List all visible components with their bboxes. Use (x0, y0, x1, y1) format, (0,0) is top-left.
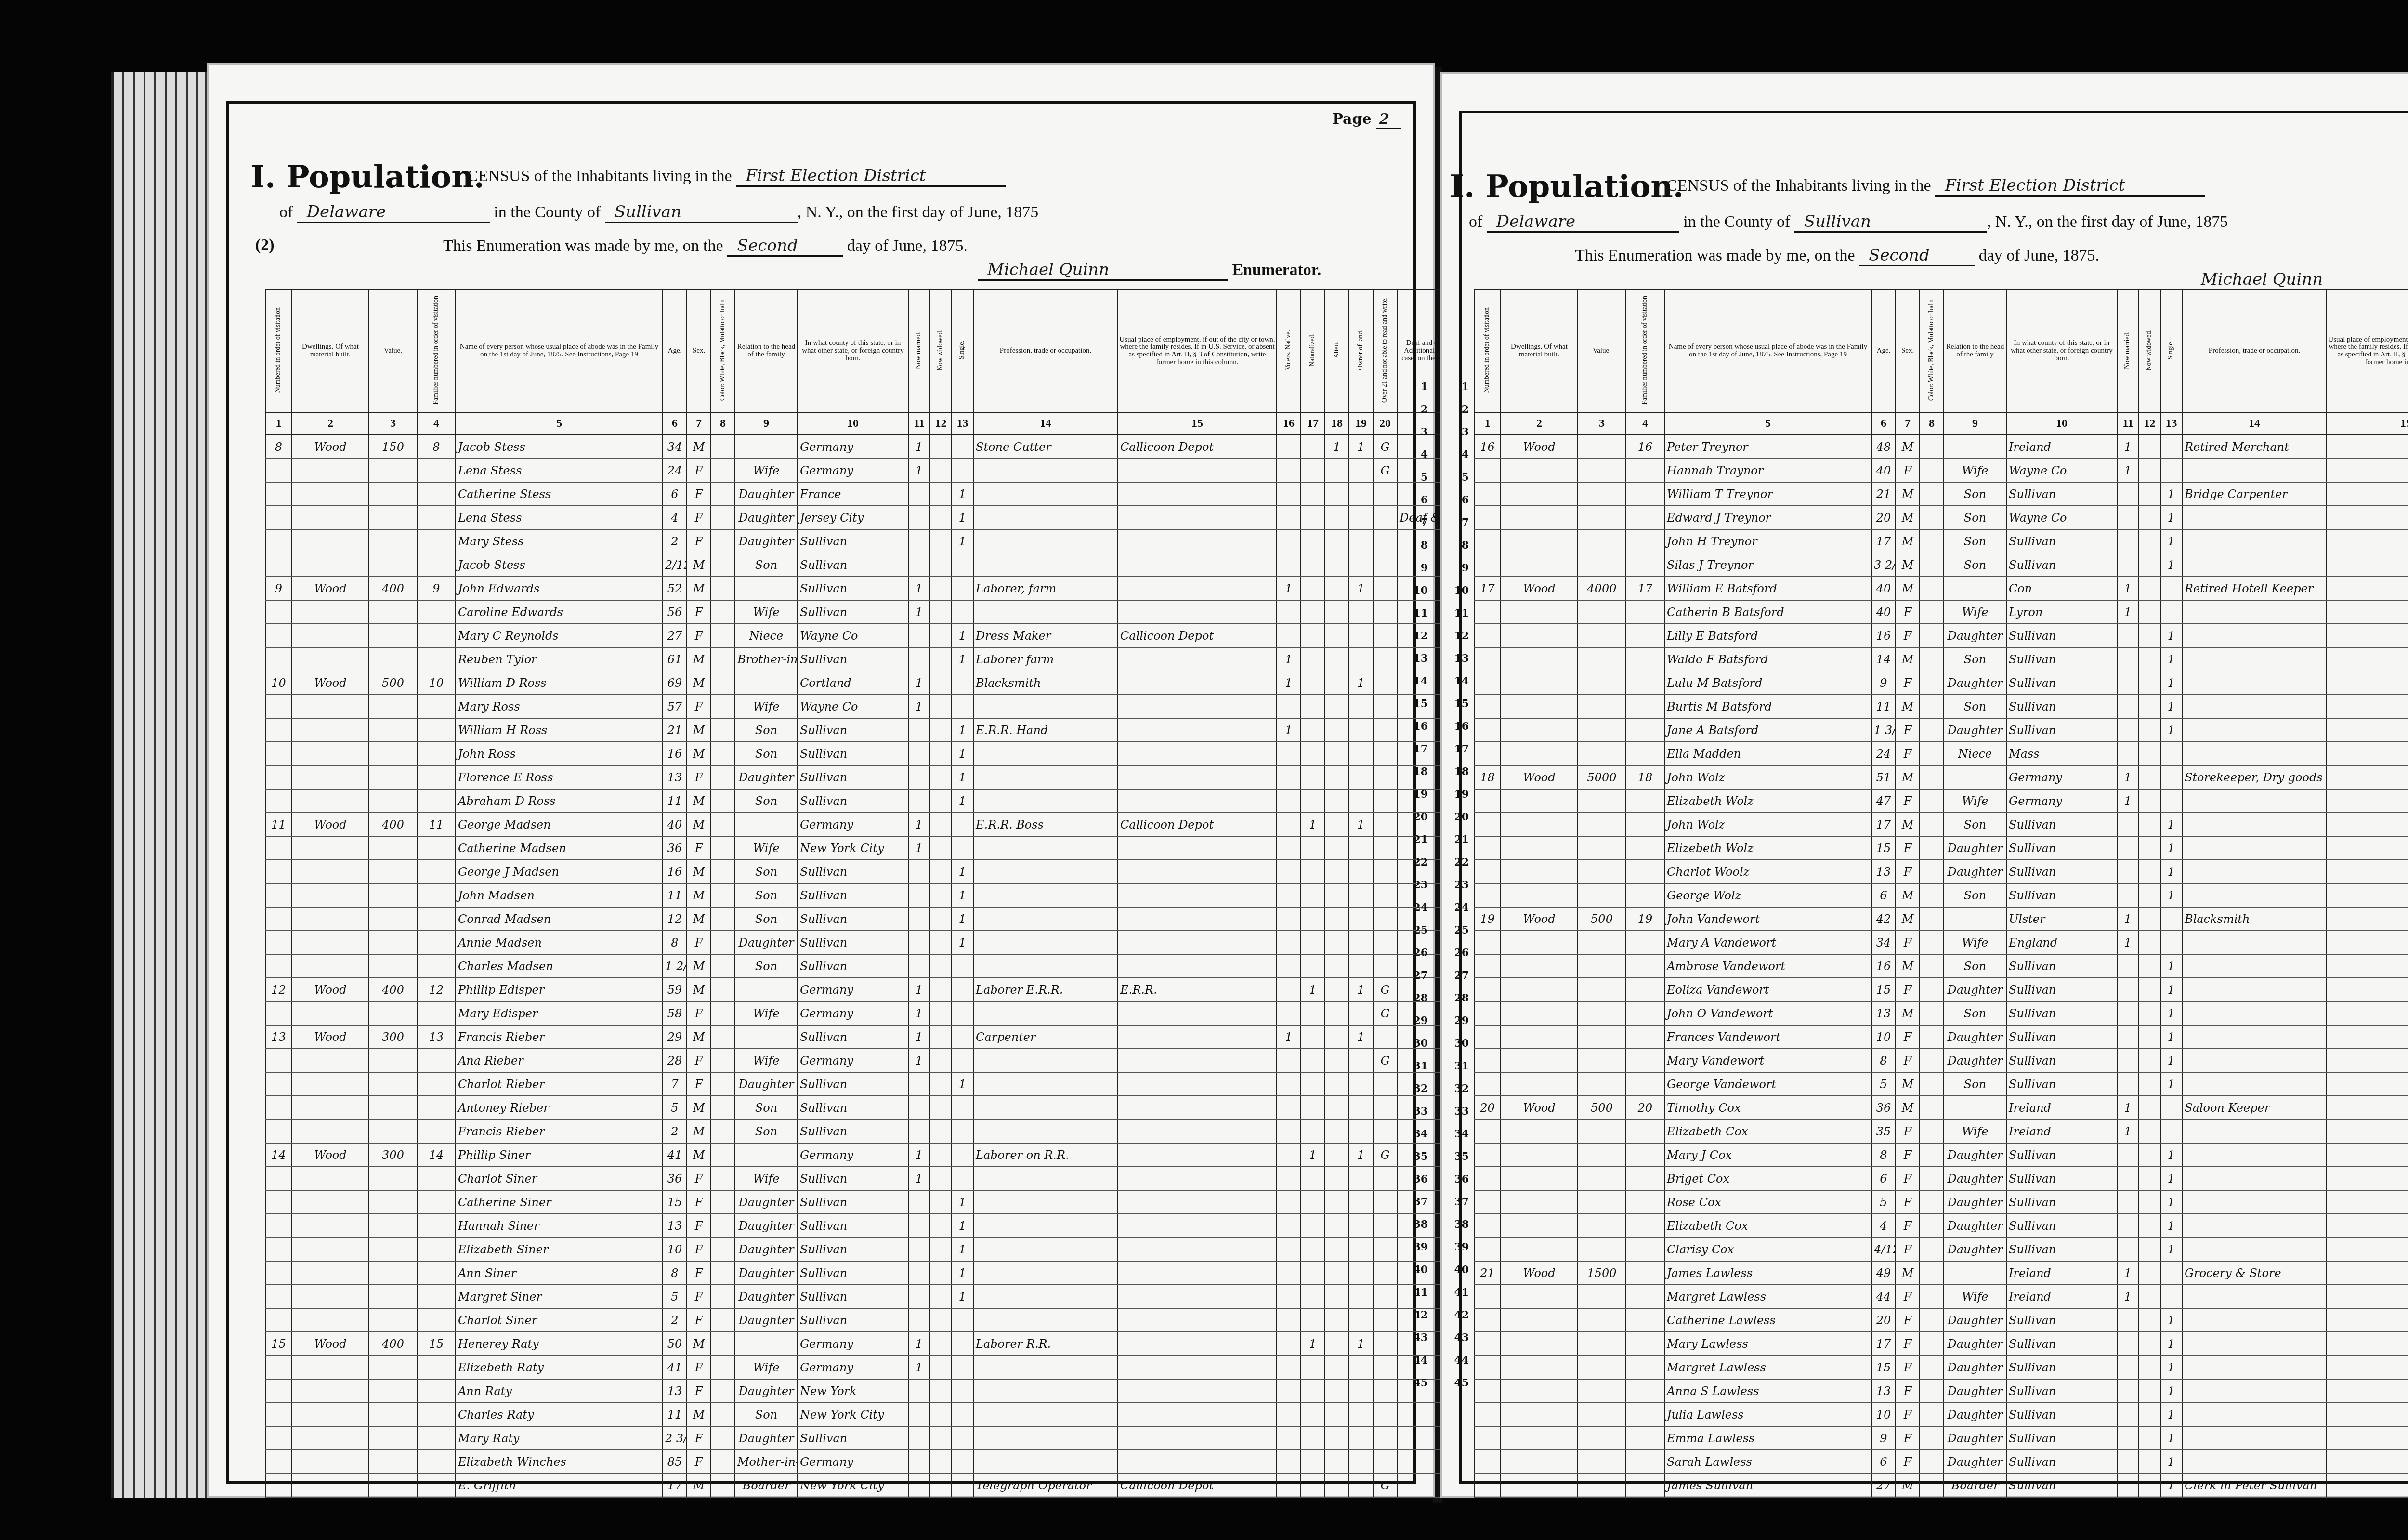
cell-ill (1373, 1285, 1397, 1308)
cell-emp (1118, 1214, 1277, 1237)
cell-color (711, 1308, 735, 1332)
cell-born: Sullivan (798, 1096, 908, 1119)
cell-emp (2327, 765, 2408, 789)
cell-color (1920, 482, 1944, 506)
cell-mat (1501, 1190, 1578, 1214)
cell-dwelling (265, 1237, 292, 1261)
cell-born: Sullivan (2006, 1143, 2117, 1167)
cell-mat: Wood (1501, 907, 1578, 931)
cell-sex: F (1896, 671, 1920, 695)
cell-occ (2182, 1119, 2327, 1143)
cell-name: Mary J Cox (1664, 1143, 1871, 1167)
cell-rel (735, 435, 798, 459)
cell-s: 1 (2160, 506, 2182, 529)
cell-s: 1 (2160, 860, 2182, 883)
cell-val (369, 1049, 417, 1072)
cell-own (1349, 954, 1373, 978)
cell-s (952, 978, 973, 1001)
cell-natz (1301, 1356, 1325, 1379)
cell-m (2117, 1379, 2139, 1403)
cell-dwelling: 21 (1474, 1261, 1501, 1285)
cell-color (1920, 1308, 1944, 1332)
cell-sex: F (1896, 1025, 1920, 1049)
cell-born: Sullivan (2006, 883, 2117, 907)
cell-born: Sullivan (2006, 1403, 2117, 1426)
cell-natz (1301, 1025, 1325, 1049)
cell-dwelling (1474, 742, 1501, 765)
cell-born: Sullivan (798, 742, 908, 765)
cell-own (1349, 1450, 1373, 1474)
cell-name: Jacob Stess (456, 553, 663, 577)
line-number: 45 (1450, 1372, 1469, 1395)
cell-name: Elizabeth Wolz (1664, 789, 1871, 813)
cell-val: 500 (1578, 907, 1626, 931)
cell-emp (2327, 1025, 2408, 1049)
cell-natz (1301, 860, 1325, 883)
cell-occ (973, 1119, 1118, 1143)
cell-fam (1626, 1308, 1664, 1332)
column-header-6: Age. (1871, 290, 1896, 413)
cell-w (930, 1474, 952, 1497)
cell-mat (1501, 1143, 1578, 1167)
cell-born: Germany (798, 1332, 908, 1356)
cell-age: 52 (663, 577, 687, 600)
cell-rel: Daughter (735, 1261, 798, 1285)
cell-emp (1118, 1049, 1277, 1072)
cell-emp (2327, 435, 2408, 459)
cell-fam (1626, 671, 1664, 695)
cell-name: Abraham D Ross (456, 789, 663, 813)
cell-name: Caroline Edwards (456, 600, 663, 624)
cell-mat: Wood (292, 978, 369, 1001)
cell-mat (292, 907, 369, 931)
cell-fam (1626, 1403, 1664, 1426)
cell-born: Germany (798, 1001, 908, 1025)
cell-age: 13 (663, 1214, 687, 1237)
cell-born: Sullivan (2006, 1214, 2117, 1237)
census-row: E. Griffith17MBoarderNew York CityTelegr… (265, 1474, 1532, 1497)
cell-age: 16 (663, 742, 687, 765)
cell-sex: M (1896, 529, 1920, 553)
cell-rel: Wife (1944, 600, 2006, 624)
cell-emp (1118, 1167, 1277, 1190)
cell-dwelling (265, 907, 292, 931)
cell-m (2117, 1474, 2139, 1497)
cell-emp (1118, 1356, 1277, 1379)
county-label: in the County of (494, 203, 601, 221)
cell-name: Henerey Raty (456, 1332, 663, 1356)
census-row: Elizabeth Cox35FWifeIreland11 (1474, 1119, 2408, 1143)
cell-w (2139, 978, 2160, 1001)
cell-dwelling: 19 (1474, 907, 1501, 931)
cell-name: Mary Stess (456, 529, 663, 553)
cell-born: Sullivan (2006, 1332, 2117, 1356)
cell-occ (2182, 624, 2327, 647)
cell-color (711, 1190, 735, 1214)
cell-born: Germany (798, 1143, 908, 1167)
cell-ill (1373, 1096, 1397, 1119)
cell-m (908, 1426, 930, 1450)
column-number-13: 13 (952, 413, 973, 435)
cell-occ (2182, 931, 2327, 954)
cell-emp (1118, 1332, 1277, 1356)
cell-born: Sullivan (798, 765, 908, 789)
column-header-9: Relation to the head of the family (735, 290, 798, 413)
cell-s: 1 (952, 883, 973, 907)
cell-w (2139, 718, 2160, 742)
cell-fam (1626, 1190, 1664, 1214)
cell-m (908, 647, 930, 671)
cell-name: William D Ross (456, 671, 663, 695)
cell-m (2117, 718, 2139, 742)
cell-rel: Daughter (1944, 1426, 2006, 1450)
line-number: 23 (1450, 874, 1469, 896)
cell-s: 1 (952, 1261, 973, 1285)
cell-mat: Wood (292, 671, 369, 695)
cell-val (369, 553, 417, 577)
cell-w (930, 647, 952, 671)
cell-sex: F (687, 506, 711, 529)
enumerator-line: Michael Quinn Enumerator. (2191, 270, 2408, 290)
cell-s: 1 (952, 718, 973, 742)
cell-val: 300 (369, 1025, 417, 1049)
cell-natz (1301, 1426, 1325, 1450)
enumeration-suffix: day of June, 1875. (847, 237, 968, 255)
cell-fam (417, 1237, 456, 1261)
cell-m: 1 (908, 435, 930, 459)
cell-dwelling: 17 (1474, 577, 1501, 600)
cell-alien (1325, 1143, 1349, 1167)
cell-color (1920, 1450, 1944, 1474)
cell-mat (292, 1049, 369, 1072)
cell-age: 21 (663, 718, 687, 742)
cell-color (1920, 1025, 1944, 1049)
cell-occ: Dress Maker (973, 624, 1118, 647)
cell-occ: Laborer R.R. (973, 1332, 1118, 1356)
cell-emp (2327, 836, 2408, 860)
cell-w (2139, 600, 2160, 624)
cell-occ: Retired Hotell Keeper (2182, 577, 2327, 600)
cell-age: 35 (1871, 1119, 1896, 1143)
cell-sex: M (687, 860, 711, 883)
cell-name: E. Griffith (456, 1474, 663, 1497)
cell-w (930, 1426, 952, 1450)
cell-color (1920, 1001, 1944, 1025)
cell-mat (1501, 813, 1578, 836)
cell-color (711, 506, 735, 529)
cell-val (1578, 742, 1626, 765)
cell-rel: Daughter (735, 1214, 798, 1237)
cell-rel (1944, 765, 2006, 789)
cell-w (930, 1190, 952, 1214)
cell-m (908, 789, 930, 813)
line-number: 14 (1409, 670, 1428, 693)
cell-age: 57 (663, 695, 687, 718)
cell-mat (292, 789, 369, 813)
cell-mat (292, 1379, 369, 1403)
state-date-text: , N. Y., on the first day of June, 1875 (1987, 213, 2228, 231)
cell-dwelling (265, 1403, 292, 1426)
cell-name: Francis Rieber (456, 1119, 663, 1143)
cell-fam (417, 789, 456, 813)
cell-age: 36 (663, 1167, 687, 1190)
cell-age: 4 (1871, 1214, 1896, 1237)
cell-rel: Daughter (1944, 1167, 2006, 1190)
cell-s: 1 (952, 1072, 973, 1096)
cell-m: 1 (908, 600, 930, 624)
cell-fam: 11 (417, 813, 456, 836)
cell-rel: Daughter (735, 1190, 798, 1214)
cell-ill: G (1373, 1474, 1397, 1497)
cell-name: Julia Lawless (1664, 1403, 1871, 1426)
cell-nat (1277, 813, 1301, 836)
cell-w (930, 1356, 952, 1379)
cell-val (369, 1096, 417, 1119)
cell-fam (417, 1001, 456, 1025)
cell-emp (1118, 600, 1277, 624)
cell-fam: 16 (1626, 435, 1664, 459)
cell-val (1578, 1237, 1626, 1261)
cell-age: 27 (663, 624, 687, 647)
cell-val (369, 695, 417, 718)
cell-name: Ann Raty (456, 1379, 663, 1403)
cell-s (952, 813, 973, 836)
cell-dwelling (265, 1474, 292, 1497)
cell-s: 1 (952, 1285, 973, 1308)
cell-occ: Laborer E.R.R. (973, 978, 1118, 1001)
column-number-11: 11 (2117, 413, 2139, 435)
cell-own (1349, 1049, 1373, 1072)
cell-m (2117, 624, 2139, 647)
cell-age: 16 (663, 860, 687, 883)
census-row: Margret Siner5FDaughterSullivan1 (265, 1285, 1532, 1308)
cell-val (1578, 671, 1626, 695)
cell-name: William H Ross (456, 718, 663, 742)
cell-dwelling (265, 1167, 292, 1190)
cell-age: 27 (1871, 1474, 1896, 1497)
cell-natz: 1 (1301, 1332, 1325, 1356)
cell-val (1578, 1143, 1626, 1167)
cell-nat (1277, 482, 1301, 506)
line-number: 14 (1450, 670, 1469, 693)
cell-emp (2327, 1403, 2408, 1426)
cell-emp (2327, 1143, 2408, 1167)
cell-ill: G (1373, 1001, 1397, 1025)
cell-rel (735, 671, 798, 695)
cell-m (908, 1308, 930, 1332)
cell-fam: 19 (1626, 907, 1664, 931)
cell-born: Sullivan (2006, 1025, 2117, 1049)
cell-dwelling: 14 (265, 1143, 292, 1167)
cell-dwelling (265, 1450, 292, 1474)
cell-alien (1325, 1049, 1349, 1072)
cell-name: William E Batsford (1664, 577, 1871, 600)
cell-nat: 1 (1277, 671, 1301, 695)
cell-m: 1 (2117, 435, 2139, 459)
line-number: 26 (1409, 942, 1428, 964)
cell-dwelling (265, 883, 292, 907)
census-row: Florence E Ross13FDaughterSullivan1 (265, 765, 1532, 789)
cell-mat (1501, 506, 1578, 529)
cell-own (1349, 1167, 1373, 1190)
cell-rel: Son (735, 860, 798, 883)
cell-color (711, 1332, 735, 1356)
cell-color (1920, 1167, 1944, 1190)
cell-age: 16 (1871, 624, 1896, 647)
cell-born: Jersey City (798, 506, 908, 529)
cell-born: Sullivan (2006, 1426, 2117, 1450)
cell-own: 1 (1349, 577, 1373, 600)
cell-mat (292, 1403, 369, 1426)
cell-occ: Stone Cutter (973, 435, 1118, 459)
cell-val (1578, 789, 1626, 813)
cell-val (369, 1474, 417, 1497)
cell-emp (1118, 1143, 1277, 1167)
cell-dwelling (1474, 553, 1501, 577)
cell-s (952, 1143, 973, 1167)
cell-name: Florence E Ross (456, 765, 663, 789)
cell-fam (1626, 1049, 1664, 1072)
cell-natz (1301, 553, 1325, 577)
cell-natz (1301, 1285, 1325, 1308)
cell-m: 1 (2117, 1096, 2139, 1119)
cell-s: 1 (952, 624, 973, 647)
census-row: Francis Rieber2MSonSullivan (265, 1119, 1532, 1143)
cell-occ (2182, 1190, 2327, 1214)
cell-fam (417, 907, 456, 931)
cell-nat (1277, 1474, 1301, 1497)
cell-w (2139, 1379, 2160, 1403)
cell-rel: Son (735, 1096, 798, 1119)
cell-s (952, 1049, 973, 1072)
cell-val (369, 1119, 417, 1143)
cell-mat (1501, 1049, 1578, 1072)
cell-born: New York City (798, 1403, 908, 1426)
census-row: Rose Cox5FDaughterSullivan1 (1474, 1190, 2408, 1214)
cell-occ: Carpenter (973, 1025, 1118, 1049)
cell-natz (1301, 836, 1325, 860)
cell-born: Ireland (2006, 435, 2117, 459)
cell-rel: Wife (735, 1356, 798, 1379)
cell-sex: F (1896, 718, 1920, 742)
cell-occ: Grocery & Store (2182, 1261, 2327, 1285)
cell-occ (973, 1001, 1118, 1025)
cell-occ: Saloon Keeper (2182, 1096, 2327, 1119)
census-table-right: Numbered in order of visitationDwellings… (1474, 289, 2408, 1498)
cell-sex: F (1896, 1308, 1920, 1332)
cell-s (2160, 459, 2182, 482)
census-row: Charlot Siner36FWifeSullivan1 (265, 1167, 1532, 1190)
census-row: Sarah Lawless6FDaughterSullivan1 (1474, 1450, 2408, 1474)
line-number: 28 (1409, 987, 1428, 1010)
census-row: Elizabeth Wolz47FWifeGermany1 (1474, 789, 2408, 813)
cell-s (952, 1025, 973, 1049)
column-header-7: Sex. (687, 290, 711, 413)
cell-rel: Niece (735, 624, 798, 647)
cell-w (930, 506, 952, 529)
cell-fam: 9 (417, 577, 456, 600)
cell-name: Catherine Lawless (1664, 1308, 1871, 1332)
cell-own (1349, 1001, 1373, 1025)
cell-val (369, 647, 417, 671)
line-number: 10 (1450, 579, 1469, 602)
cell-name: Hannah Siner (456, 1214, 663, 1237)
cell-fam (417, 954, 456, 978)
cell-rel: Daughter (1944, 1025, 2006, 1049)
cell-emp (1118, 459, 1277, 482)
cell-sex: M (687, 1096, 711, 1119)
cell-fam (417, 860, 456, 883)
column-number-20: 20 (1373, 413, 1397, 435)
cell-val (1578, 695, 1626, 718)
cell-color (1920, 813, 1944, 836)
census-row: Antoney Rieber5MSonSullivan (265, 1096, 1532, 1119)
cell-s: 1 (2160, 482, 2182, 506)
cell-color (711, 600, 735, 624)
cell-nat (1277, 1379, 1301, 1403)
cell-ill (1373, 577, 1397, 600)
cell-m (2117, 529, 2139, 553)
cell-color (711, 459, 735, 482)
cell-occ (973, 1096, 1118, 1119)
cell-mat: Wood (1501, 765, 1578, 789)
cell-w (930, 931, 952, 954)
cell-dwelling (265, 459, 292, 482)
cell-occ: Bridge Carpenter (2182, 482, 2327, 506)
cell-rel: Daughter (1944, 1332, 2006, 1356)
cell-ill (1373, 1190, 1397, 1214)
cell-emp (2327, 1450, 2408, 1474)
cell-w (2139, 1474, 2160, 1497)
cell-alien (1325, 1474, 1349, 1497)
cell-age: 69 (663, 671, 687, 695)
cell-own (1349, 1261, 1373, 1285)
cell-color (1920, 553, 1944, 577)
cell-m (908, 883, 930, 907)
cell-born: Sullivan (2006, 1379, 2117, 1403)
cell-color (1920, 1356, 1944, 1379)
cell-w (2139, 1332, 2160, 1356)
cell-w (930, 695, 952, 718)
cell-w (2139, 1119, 2160, 1143)
cell-emp (2327, 529, 2408, 553)
cell-natz (1301, 1214, 1325, 1237)
cell-m (2117, 954, 2139, 978)
cell-m (2117, 671, 2139, 695)
cell-nat (1277, 553, 1301, 577)
cell-ill (1373, 1332, 1397, 1356)
cell-occ (2182, 1426, 2327, 1450)
cell-age: 13 (1871, 1001, 1896, 1025)
cell-mat (1501, 459, 1578, 482)
cell-nat (1277, 1072, 1301, 1096)
census-row: John Madsen11MSonSullivan1 (265, 883, 1532, 907)
cell-rel: Wife (1944, 789, 2006, 813)
cell-dwelling (1474, 459, 1501, 482)
cell-fam (1626, 1332, 1664, 1356)
cell-dwelling (1474, 836, 1501, 860)
cell-fam (1626, 1474, 1664, 1497)
cell-own (1349, 459, 1373, 482)
cell-alien (1325, 1167, 1349, 1190)
cell-fam (1626, 1356, 1664, 1379)
cell-nat (1277, 1285, 1301, 1308)
cell-dwelling (1474, 978, 1501, 1001)
cell-age: 1 2/12 (663, 954, 687, 978)
cell-dwelling (1474, 883, 1501, 907)
cell-natz (1301, 695, 1325, 718)
line-number: 9 (1409, 557, 1428, 579)
